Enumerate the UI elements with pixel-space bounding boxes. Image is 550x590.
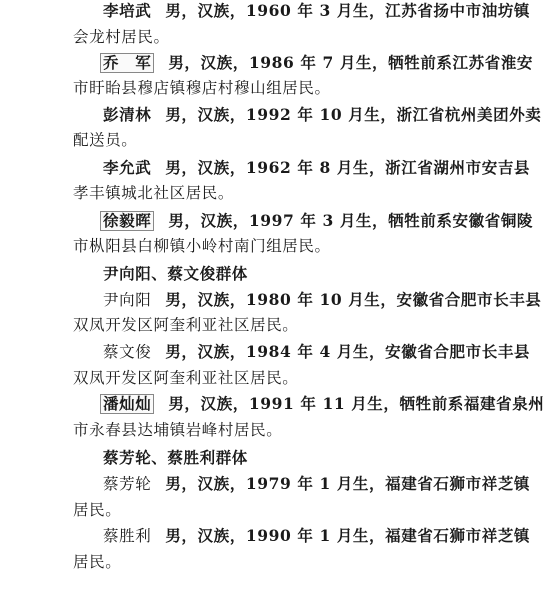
entry-text: 男，汉族，1992 年 10 月生，浙江省杭州美团外卖 xyxy=(165,105,541,124)
entry-line: 李允武男，汉族，1962 年 8 月生，浙江省湖州市安吉县 xyxy=(103,158,479,178)
entry-text: 男，汉族，1991 年 11 月生，牺牲前系福建省泉州 xyxy=(168,394,544,413)
person-name: 李培武 xyxy=(103,2,151,20)
entry-line: 蔡文俊男，汉族，1984 年 4 月生，安徽省合肥市长丰县 xyxy=(103,342,479,362)
document-page: 李培武男，汉族，1960 年 3 月生，江苏省扬中市油坊镇 会龙村居民。 乔 军… xyxy=(0,0,550,590)
group-heading: 尹向阳、蔡文俊群体 xyxy=(103,264,479,284)
person-name-boxed: 潘灿灿 xyxy=(100,394,154,414)
group-heading: 蔡芳轮、蔡胜利群体 xyxy=(103,448,479,468)
entry-line: 居民。 xyxy=(73,500,479,520)
entry-line: 居民。 xyxy=(73,552,479,572)
entry-text: 男，汉族，1980 年 10 月生，安徽省合肥市长丰县 xyxy=(165,290,541,309)
entry-line: 尹向阳男，汉族，1980 年 10 月生，安徽省合肥市长丰县 xyxy=(103,290,479,310)
entry-text: 男，汉族，1986 年 7 月生，牺牲前系江苏省淮安 xyxy=(168,53,533,72)
person-name: 蔡芳轮 xyxy=(103,475,151,493)
person-name-boxed: 徐毅晖 xyxy=(100,211,154,231)
entry-line: 配送员。 xyxy=(73,130,479,150)
person-name: 尹向阳 xyxy=(103,291,151,309)
person-name: 蔡文俊 xyxy=(103,343,151,361)
person-name-boxed: 乔 军 xyxy=(100,53,154,73)
entry-text: 男，汉族，1962 年 8 月生，浙江省湖州市安吉县 xyxy=(165,158,530,177)
entry-line: 乔 军男，汉族，1986 年 7 月生，牺牲前系江苏省淮安 xyxy=(103,53,479,73)
entry-text: 男，汉族，1990 年 1 月生，福建省石狮市祥芝镇 xyxy=(165,526,530,545)
entry-text: 男，汉族，1960 年 3 月生，江苏省扬中市油坊镇 xyxy=(165,1,530,20)
entry-line: 李培武男，汉族，1960 年 3 月生，江苏省扬中市油坊镇 xyxy=(103,1,479,21)
entry-line: 孝丰镇城北社区居民。 xyxy=(73,183,479,203)
entry-line: 双凤开发区阿奎利亚社区居民。 xyxy=(73,368,479,388)
entry-line: 徐毅晖男，汉族，1997 年 3 月生，牺牲前系安徽省铜陵 xyxy=(103,211,479,231)
entry-line: 市盱眙县穆店镇穆店村穆山组居民。 xyxy=(73,78,479,98)
entry-text: 男，汉族，1979 年 1 月生，福建省石狮市祥芝镇 xyxy=(165,474,530,493)
entry-text: 男，汉族，1997 年 3 月生，牺牲前系安徽省铜陵 xyxy=(168,211,533,230)
person-name: 彭清林 xyxy=(103,106,151,124)
person-name: 蔡胜利 xyxy=(103,527,151,545)
entry-line: 彭清林男，汉族，1992 年 10 月生，浙江省杭州美团外卖 xyxy=(103,105,479,125)
entry-line: 潘灿灿男，汉族，1991 年 11 月生，牺牲前系福建省泉州 xyxy=(103,394,479,414)
person-name: 李允武 xyxy=(103,159,151,177)
entry-line: 蔡芳轮男，汉族，1979 年 1 月生，福建省石狮市祥芝镇 xyxy=(103,474,479,494)
entry-text: 男，汉族，1984 年 4 月生，安徽省合肥市长丰县 xyxy=(165,342,530,361)
entry-line: 蔡胜利男，汉族，1990 年 1 月生，福建省石狮市祥芝镇 xyxy=(103,526,479,546)
entry-line: 会龙村居民。 xyxy=(73,27,479,47)
entry-line: 市永春县达埔镇岩峰村居民。 xyxy=(73,420,479,440)
entry-line: 市枞阳县白柳镇小岭村南门组居民。 xyxy=(73,236,479,256)
entry-line: 双凤开发区阿奎利亚社区居民。 xyxy=(73,315,479,335)
